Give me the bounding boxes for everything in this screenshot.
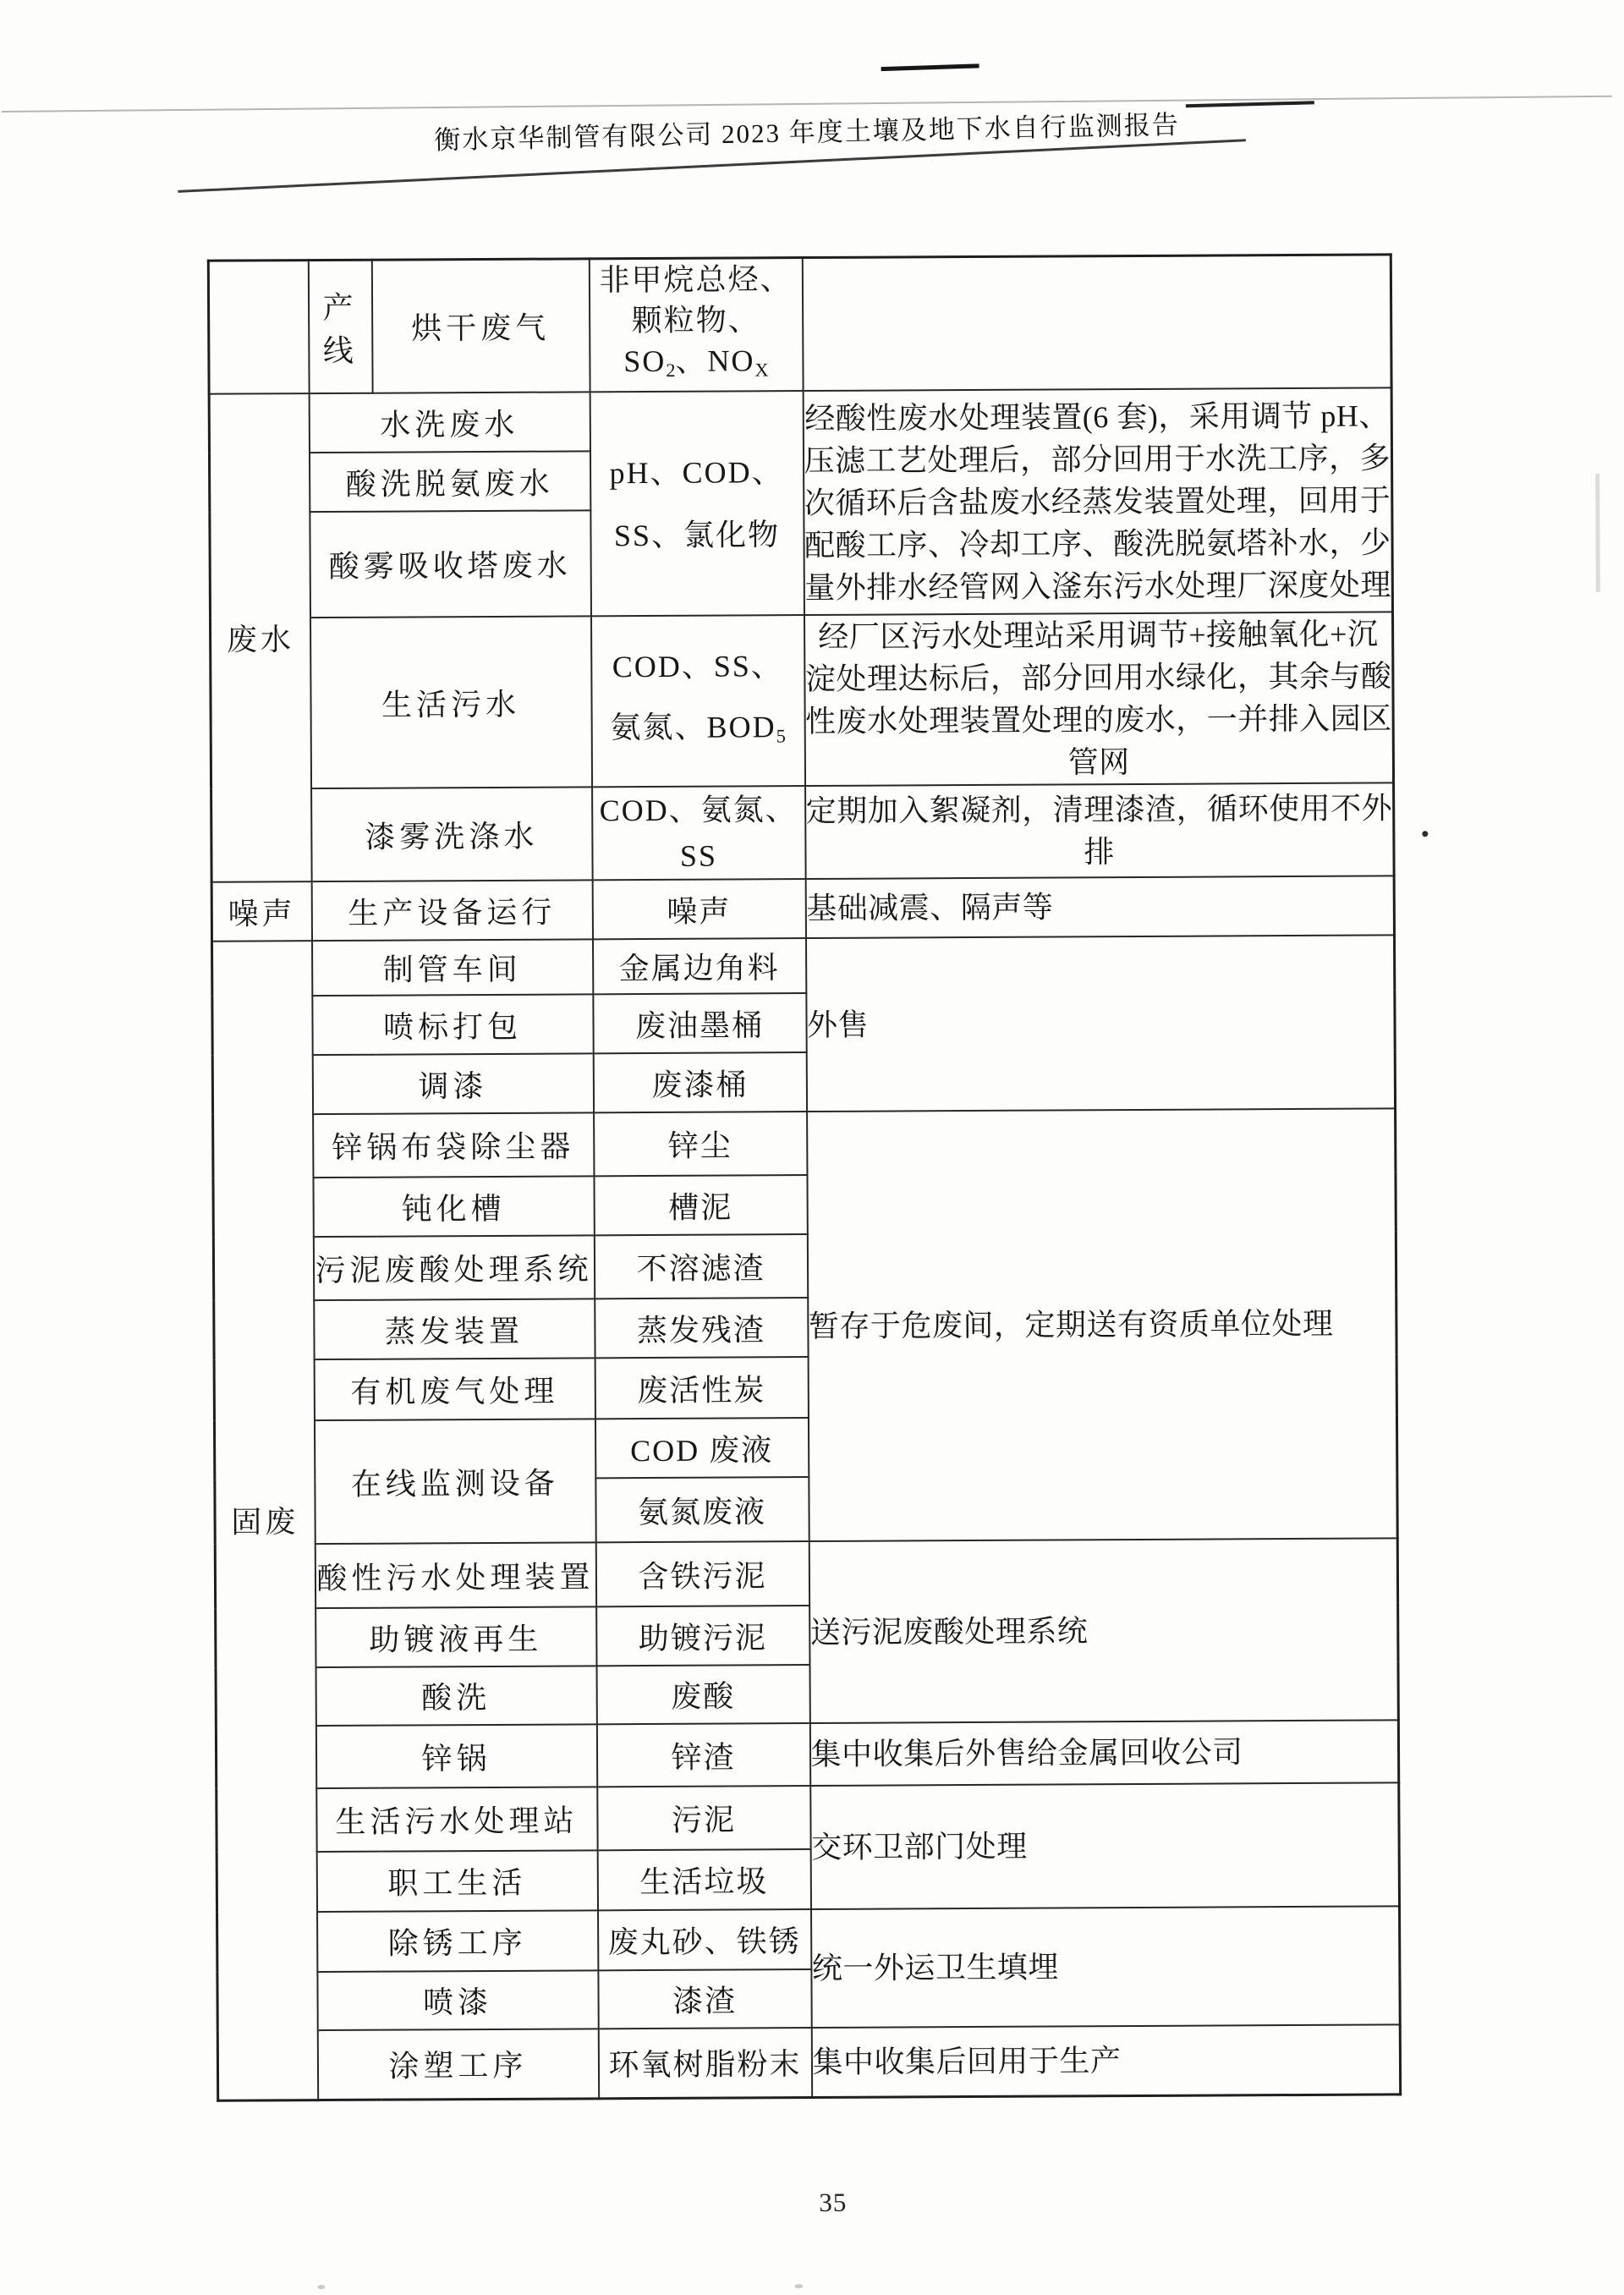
source-cell: 烘干废气 <box>371 259 590 393</box>
table-row: 废水 水洗废水 pH、COD、SS、氯化物 经酸性废水处理装置(6 套)，采用调… <box>209 388 1391 453</box>
waste-cell: 助镀污泥 <box>596 1606 809 1666</box>
waste-cell: 生活垃圾 <box>597 1849 810 1910</box>
source-cell: 钝化槽 <box>313 1177 594 1238</box>
waste-cell: 含铁污泥 <box>595 1541 809 1606</box>
source-cell: 酸雾吸收塔废水 <box>310 511 591 618</box>
waste-cell: COD 废液 <box>595 1418 808 1478</box>
table-row: 产线 烘干废气 非甲烷总烃、颗粒物、SO2、NOX <box>208 255 1391 394</box>
characteristic-cell: pH、COD、SS、氯化物 <box>590 391 804 616</box>
table-row: 漆雾洗涤水 COD、氨氮、SS 定期加入絮凝剂，清理漆渣，循环使用不外排 <box>211 783 1395 882</box>
treatment-cell: 经厂区污水处理站采用调节+接触氧化+沉淀处理达标后，部分回用水绿化，其余与酸性废… <box>804 612 1394 787</box>
waste-streams-table: 产线 烘干废气 非甲烷总烃、颗粒物、SO2、NOX 废水 水洗废水 pH、COD… <box>207 253 1402 2101</box>
scan-speck <box>317 2285 325 2289</box>
characteristic-cell: COD、SS、氨氮、BOD5 <box>591 615 805 787</box>
waste-cell: 废丸砂、铁锈 <box>598 1909 811 1970</box>
waste-cell: 不溶滤渣 <box>594 1234 807 1298</box>
source-cell: 酸洗脱氨废水 <box>309 452 590 513</box>
table-row: 固废 制管车间 金属边角料 外售 <box>212 936 1395 997</box>
source-cell: 生产设备运行 <box>311 881 592 942</box>
scanned-report-page: { "header": { "title": "衡水京华制管有限公司 2023 … <box>0 0 1624 2295</box>
source-cell: 生活污水处理站 <box>316 1787 597 1853</box>
scan-speck <box>1422 831 1428 837</box>
source-cell: 喷漆 <box>317 1971 598 2031</box>
source-cell: 酸洗 <box>315 1666 596 1727</box>
treatment-cell: 外售 <box>806 936 1396 1112</box>
scan-edge-smudge <box>1595 474 1600 592</box>
waste-cell: 漆渣 <box>598 1969 811 2029</box>
treatment-cell: 定期加入絮凝剂，清理漆渣，循环使用不外排 <box>805 783 1395 880</box>
source-cell: 喷标打包 <box>312 995 593 1056</box>
source-cell: 除锈工序 <box>317 1911 598 1973</box>
source-cell: 调漆 <box>312 1054 593 1115</box>
treatment-cell-empty <box>802 255 1391 391</box>
table-row: 噪声 生产设备运行 噪声 基础减震、隔声等 <box>211 876 1394 942</box>
waste-cell: 废酸 <box>596 1665 809 1724</box>
treatment-cell: 集中收集后回用于生产 <box>811 2025 1400 2098</box>
source-cell: 职工生活 <box>316 1851 597 1913</box>
category-cell-noise: 噪声 <box>211 881 311 942</box>
waste-cell: 金属边角料 <box>593 938 806 994</box>
source-cell: 酸性污水处理装置 <box>315 1543 595 1609</box>
treatment-cell: 统一外运卫生填埋 <box>811 1907 1401 2029</box>
table-row: 生活污水处理站 污泥 交环卫部门处理 <box>217 1783 1399 1853</box>
waste-cell: 环氧树脂粉末 <box>598 2028 811 2098</box>
scan-artifact-dash <box>881 63 979 71</box>
table-row: 除锈工序 废丸砂、铁锈 统一外运卫生填埋 <box>217 1907 1400 1973</box>
source-cell: 锌锅布袋除尘器 <box>313 1113 594 1178</box>
characteristic-cell: 噪声 <box>592 879 805 939</box>
table-row: 涂塑工序 环氧树脂粉末 集中收集后回用于生产 <box>217 2025 1400 2100</box>
source-cell: 制管车间 <box>312 940 593 997</box>
treatment-cell: 经酸性废水处理装置(6 套)，采用调节 pH、压滤工艺处理后，部分回用于水洗工序… <box>803 388 1392 616</box>
source-cell: 污泥废酸处理系统 <box>313 1236 594 1301</box>
source-cell: 水洗废水 <box>309 393 590 453</box>
source-cell: 漆雾洗涤水 <box>311 788 593 882</box>
scan-speck <box>794 2284 803 2288</box>
category-cell-empty <box>208 261 309 394</box>
treatment-cell: 交环卫部门处理 <box>810 1783 1400 1910</box>
source-cell: 在线监测设备 <box>314 1419 595 1545</box>
source-cell: 蒸发装置 <box>314 1299 595 1360</box>
category-cell-wastewater: 废水 <box>209 393 311 882</box>
waste-cell: 锌尘 <box>594 1112 807 1176</box>
table-row: 锌锅 锌渣 集中收集后外售给金属回收公司 <box>216 1721 1398 1789</box>
waste-cell: 蒸发残渣 <box>595 1298 808 1358</box>
waste-cell: 污泥 <box>597 1786 810 1850</box>
source-cell: 有机废气处理 <box>314 1359 595 1421</box>
category-cell-solid-waste: 固废 <box>212 941 318 2100</box>
table-row: 锌锅布袋除尘器 锌尘 暂存于危废间，定期送有资质单位处理 <box>213 1109 1396 1178</box>
waste-cell: 废活性炭 <box>595 1357 808 1419</box>
source-cell: 助镀液再生 <box>315 1607 596 1668</box>
treatment-cell: 暂存于危废间，定期送有资质单位处理 <box>807 1109 1398 1542</box>
characteristic-cell: 非甲烷总烃、颗粒物、SO2、NOX <box>589 258 803 393</box>
table-row: 生活污水 COD、SS、氨氮、BOD5 经厂区污水处理站采用调节+接触氧化+沉淀… <box>211 612 1394 789</box>
waste-cell: 废油墨桶 <box>593 993 806 1053</box>
page-content: 衡水京华制管有限公司 2023 年度土壤及地下水自行监测报告 产线 烘干废气 非… <box>0 0 1624 2295</box>
table-row: 酸性污水处理装置 含铁污泥 送污泥废酸处理系统 <box>215 1539 1397 1609</box>
treatment-cell: 基础减震、隔声等 <box>805 876 1394 939</box>
treatment-cell: 集中收集后外售给金属回收公司 <box>809 1721 1398 1787</box>
source-cell: 涂塑工序 <box>317 2029 598 2100</box>
treatment-cell: 送污泥废酸处理系统 <box>809 1539 1398 1724</box>
source-cell: 锌锅 <box>315 1725 596 1789</box>
source-cell: 生活污水 <box>310 617 592 789</box>
waste-cell: 氨氮废液 <box>595 1477 809 1542</box>
waste-cell: 锌渣 <box>596 1723 809 1787</box>
characteristic-cell: COD、氨氮、SS <box>592 786 806 880</box>
page-number: 35 <box>6 2183 1624 2222</box>
waste-cell: 废漆桶 <box>593 1052 806 1112</box>
production-line-cell: 产线 <box>308 260 372 393</box>
waste-cell: 槽泥 <box>594 1175 807 1235</box>
